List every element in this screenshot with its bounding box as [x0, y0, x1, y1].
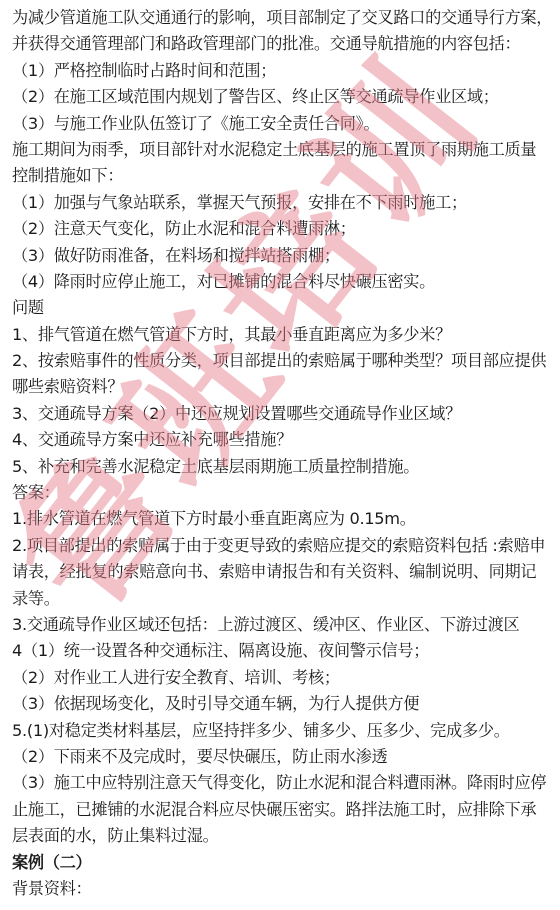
answer-3: 3.交通疏导作业区域还包括：上游过渡区、缓冲区、作业区、下游过渡区 — [12, 612, 556, 638]
question-2-line-2: 哪些索赔资料？ — [12, 374, 556, 400]
answer-1: 1.排水管道在燃气管道下方时最小垂直距离应为 0.15m。 — [12, 506, 556, 532]
case-two-heading: 案例（二） — [12, 850, 556, 876]
answer-2-line-2: 请表，经批复的索赔意向书、索赔申请报告和有关资料、编制说明、同期记 — [12, 559, 556, 585]
answers-heading: 答案： — [12, 480, 556, 506]
rainy-season-intro-line-2: 控制措施如下： — [12, 163, 556, 189]
background-heading: 背景资料： — [12, 876, 556, 902]
paragraph-intro-line-2: 并获得交通管理部门和路政管理部门的批准。交通导航措施的内容包括： — [12, 31, 556, 57]
answer-5-item-3-line-3: 层表面的水，防止集料过湿。 — [12, 823, 556, 849]
answer-4-item-2: （2）对作业工人进行安全教育、培训、考核； — [12, 665, 556, 691]
answer-4-item-1: 4（1）统一设置各种交通标注、隔离设施、夜间警示信号； — [12, 638, 556, 664]
rain-measure-2: （2）注意天气变化，防止水泥和混合料遭雨淋； — [12, 216, 556, 242]
rain-measure-4: （4）降雨时应停止施工，对已摊铺的混合料尽快碾压密实。 — [12, 269, 556, 295]
answer-2-line-1: 2.项目部提出的索赔属于由于变更导致的索赔应提交的索赔资料包括 :索赔申 — [12, 533, 556, 559]
answer-5-item-3-line-2: 止施工，已摊铺的水泥混合料应尽快碾压密实。路拌法施工时，应排除下承 — [12, 797, 556, 823]
answer-2-line-3: 录等。 — [12, 586, 556, 612]
question-3: 3、交通疏导方案（2）中还应规划设置哪些交通疏导作业区域？ — [12, 401, 556, 427]
answer-5-item-1: 5.(1)对稳定类材料基层，应坚持拌多少、铺多少、压多少、完成多少。 — [12, 718, 556, 744]
answer-5-item-3-line-1: （3）施工中应特别注意天气得变化，防止水泥和混合料遭雨淋。降雨时应停 — [12, 770, 556, 796]
answer-4-item-3: （3）依据现场变化，及时引导交通车辆，为行人提供方便 — [12, 691, 556, 717]
rainy-season-intro-line-1: 施工期间为雨季，项目部针对水泥稳定土底基层的施工置顶了雨期施工质量 — [12, 137, 556, 163]
paragraph-intro-line-1: 为减少管道施工队交通通行的影响，项目部制定了交叉路口的交通导行方案， — [12, 5, 556, 31]
traffic-measure-2: （2）在施工区域范围内规划了警告区、终止区等交通疏导作业区域； — [12, 84, 556, 110]
document-body: 为减少管道施工队交通通行的影响，项目部制定了交叉路口的交通导行方案， 并获得交通… — [12, 5, 556, 902]
answer-5-item-2: （2）下雨来不及完成时，要尽快碾压，防止雨水渗透 — [12, 744, 556, 770]
question-1: 1、排气管道在燃气管道下方时，其最小垂直距离应为多少米？ — [12, 322, 556, 348]
question-4: 4、交通疏导方案中还应补充哪些措施？ — [12, 427, 556, 453]
rain-measure-3: （3）做好防雨准备，在料场和搅拌站搭雨棚； — [12, 243, 556, 269]
traffic-measure-1: （1）严格控制临时占路时间和范围； — [12, 58, 556, 84]
question-5: 5、补充和完善水泥稳定土底基层雨期施工质量控制措施。 — [12, 454, 556, 480]
rain-measure-1: （1）加强与气象站联系，掌握天气预报，安排在不下雨时施工； — [12, 190, 556, 216]
traffic-measure-3: （3）与施工作业队伍签订了《施工安全责任合同》。 — [12, 111, 556, 137]
question-2-line-1: 2、按索赔事件的性质分类，项目部提出的索赔属于哪种类型？项目部应提供 — [12, 348, 556, 374]
questions-heading: 问题 — [12, 295, 556, 321]
